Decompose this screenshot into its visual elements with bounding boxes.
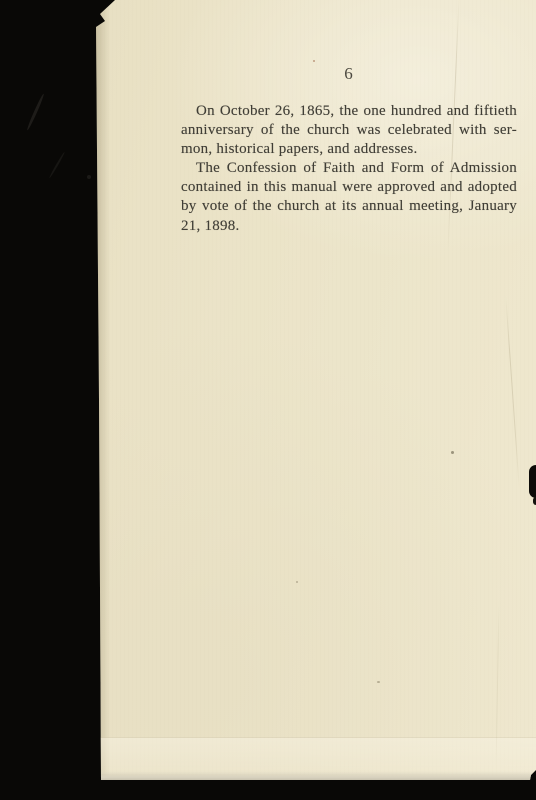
scanner-smudge — [87, 175, 91, 179]
scanned-book-photo: 6 On October 26, 1865, the one hundred a… — [0, 0, 536, 800]
page-text: On October 26, 1865, the one hundred and… — [181, 102, 517, 236]
paper-speck — [296, 581, 298, 583]
text-line: anniversary of the church was celebrated… — [181, 121, 517, 140]
paragraph-2: The Confession of Faith and Form of Admi… — [181, 159, 517, 235]
text-line: The Confession of Faith and Form of Admi… — [181, 159, 517, 178]
scanner-smudge — [26, 93, 45, 131]
paper-crease-band — [96, 737, 536, 774]
paragraph-1: On October 26, 1865, the one hundred and… — [181, 102, 517, 159]
ink-blemish — [529, 465, 536, 498]
page-bottom-edge — [98, 771, 536, 780]
paper-speck — [313, 60, 315, 62]
text-line: 21, 1898. — [181, 217, 517, 236]
paper-speck — [377, 681, 380, 683]
paper-speck — [451, 451, 454, 454]
book-page: 6 On October 26, 1865, the one hundred a… — [0, 0, 536, 800]
page-left-edge-shadow — [93, 0, 110, 800]
page-number: 6 — [181, 64, 517, 84]
text-line: On October 26, 1865, the one hundred and… — [181, 102, 517, 121]
text-line: contained in this manual were approved a… — [181, 178, 517, 197]
text-line: mon, historical papers, and addresses. — [181, 140, 517, 159]
paper-crease — [505, 295, 520, 490]
text-line: by vote of the church at its annual meet… — [181, 197, 517, 216]
scanner-smudge — [49, 152, 66, 179]
